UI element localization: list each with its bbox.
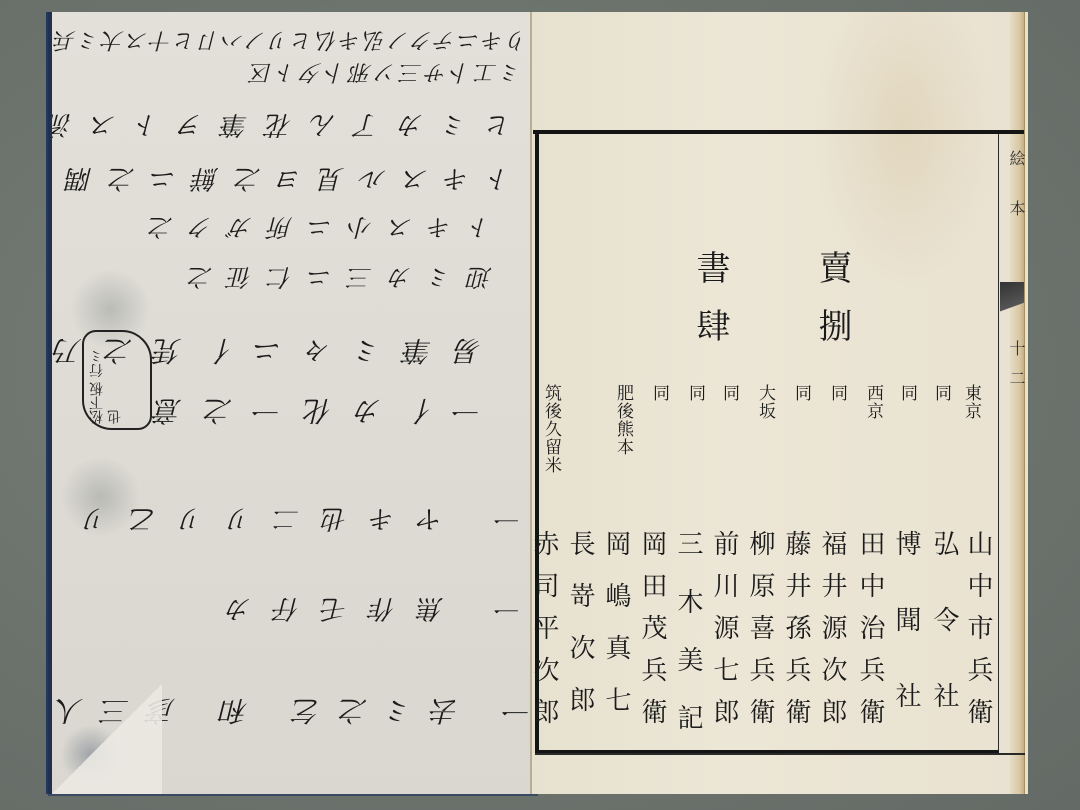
- heading-uri-sabaki: 賣捌: [808, 250, 857, 366]
- heading-shoshi: 書肆: [686, 250, 735, 366]
- bookseller-name-9: 三木美記: [670, 530, 707, 762]
- handwritten-line-9: 一 ヤキ也二リリ乙リ: [82, 502, 522, 539]
- bookseller-name-11: 岡嶋真七: [598, 530, 635, 738]
- bookseller-name-2: 弘令社: [926, 530, 963, 758]
- location-8: 同: [720, 384, 737, 402]
- bookseller-name-3: 博聞社: [888, 530, 925, 758]
- margin-char-1: 絵: [1005, 150, 1028, 166]
- margin-char-3: 十: [1005, 340, 1028, 356]
- left-page-handwritten: りキニテクノ弘キ仏ヒリノハ卩ヒ十ス大ミ兵木三ツ ミ工卜サ三ソ邪卜夕ト区 ヒミカ了…: [48, 12, 538, 794]
- handwritten-line-3: ヒミカ了ん花筆ヲトス流: [112, 108, 512, 145]
- bookseller-name-13: 赤司平次郎: [526, 530, 563, 740]
- folded-corner: [52, 684, 162, 794]
- bookseller-name-5: 福井源次郎: [814, 530, 851, 740]
- margin-char-4: 二: [1005, 370, 1028, 386]
- handwritten-line-5: トキス小ニ所ガク之: [112, 212, 492, 247]
- location-6: 同: [792, 384, 809, 402]
- location-4: 西京: [864, 384, 881, 420]
- handwritten-line-1: りキニテクノ弘キ仏ヒリノハ卩ヒ十ス大ミ兵木三ツ: [58, 26, 528, 57]
- fishtail-mark-icon: [1000, 282, 1024, 322]
- location-5: 同: [828, 384, 845, 402]
- bookseller-name-8: 前川源七郎: [706, 530, 743, 740]
- bookseller-name-12: 長嵜次郎: [562, 530, 599, 738]
- bookseller-name-6: 藤井孫兵衛: [778, 530, 815, 740]
- margin-char-2: 本: [1005, 200, 1028, 216]
- bookseller-name-4: 田中治兵衛: [852, 530, 889, 740]
- bookseller-name-10: 岡田茂兵衛: [634, 530, 671, 740]
- handwritten-line-6: 迎ミカ三ニ仁征之: [112, 262, 492, 297]
- location-3: 同: [898, 384, 915, 402]
- handwritten-line-2: ミ工卜サ三ソ邪卜夕ト区: [82, 58, 522, 89]
- handwritten-line-4: トキスル見ヨ之鮮ニ之隅一ち: [112, 162, 512, 199]
- bookseller-name-7: 柳原喜兵衛: [742, 530, 779, 740]
- handwritten-line-10: 一 焦作乇仔カ: [82, 592, 522, 629]
- bookseller-name-1: 山中市兵衛: [960, 530, 997, 740]
- location-9: 同: [686, 384, 703, 402]
- location-7: 大坂: [756, 384, 773, 420]
- location-10: 同: [650, 384, 667, 402]
- location-1: 東京: [962, 384, 979, 420]
- location-2: 同: [932, 384, 949, 402]
- seal-stamp: 松下板 行ミ也: [82, 330, 152, 430]
- location-11: 肥後熊本: [614, 384, 631, 456]
- location-13: 筑後久留米: [542, 384, 559, 474]
